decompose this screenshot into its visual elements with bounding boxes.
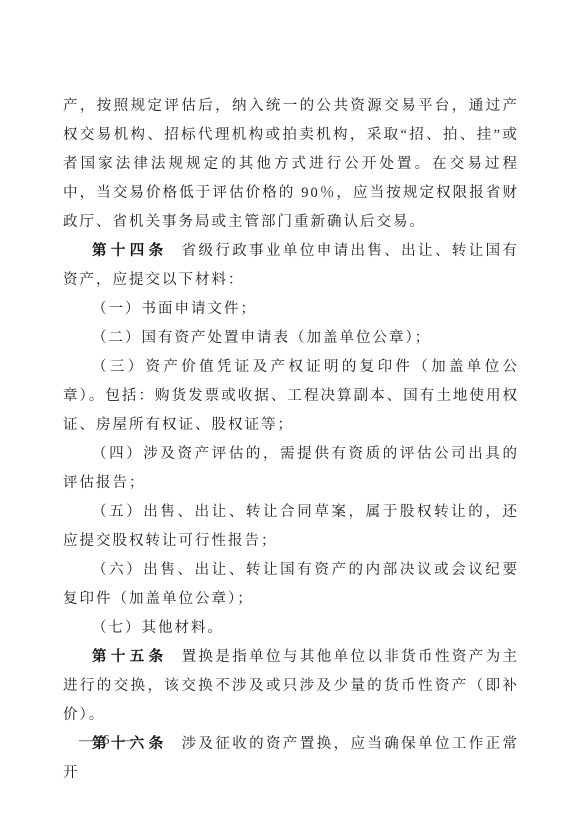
paragraph-article-14: 第十四条省级行政事业单位申请出售、出让、转让国有资产，应提交以下材料： xyxy=(63,237,519,295)
page-number: — 6 — xyxy=(79,733,136,748)
document-text-block: 产，按照规定评估后，纳入统一的公共资源交易平台，通过产权交易机构、招标代理机构或… xyxy=(63,92,519,788)
list-item-4: （四）涉及资产评估的，需提供有资质的评估公司出具的评估报告； xyxy=(63,440,519,498)
list-item-6: （六）出售、出让、转让国有资产的内部决议或会议纪要复印件（加盖单位公章）； xyxy=(63,556,519,614)
list-item-2: （二）国有资产处置申请表（加盖单位公章）； xyxy=(63,324,519,353)
list-item-7: （七）其他材料。 xyxy=(63,614,519,643)
paragraph-continuation: 产，按照规定评估后，纳入统一的公共资源交易平台，通过产权交易机构、招标代理机构或… xyxy=(63,92,519,237)
list-item-5: （五）出售、出让、转让合同草案，属于股权转让的，还应提交股权转让可行性报告； xyxy=(63,498,519,556)
document-page: 产，按照规定评估后，纳入统一的公共资源交易平台，通过产权交易机构、招标代理机构或… xyxy=(0,0,579,820)
list-item-1: （一）书面申请文件； xyxy=(63,295,519,324)
page-footer: — 6 — xyxy=(79,733,136,749)
article-14-term: 第十四条 xyxy=(92,243,168,259)
paragraph-article-15: 第十五条置换是指单位与其他单位以非货币性资产为主进行的交换，该交换不涉及或只涉及… xyxy=(63,643,519,730)
list-item-3: （三）资产价值凭证及产权证明的复印件（加盖单位公章）。包括：购货发票或收据、工程… xyxy=(63,353,519,440)
article-15-term: 第十五条 xyxy=(92,649,168,665)
